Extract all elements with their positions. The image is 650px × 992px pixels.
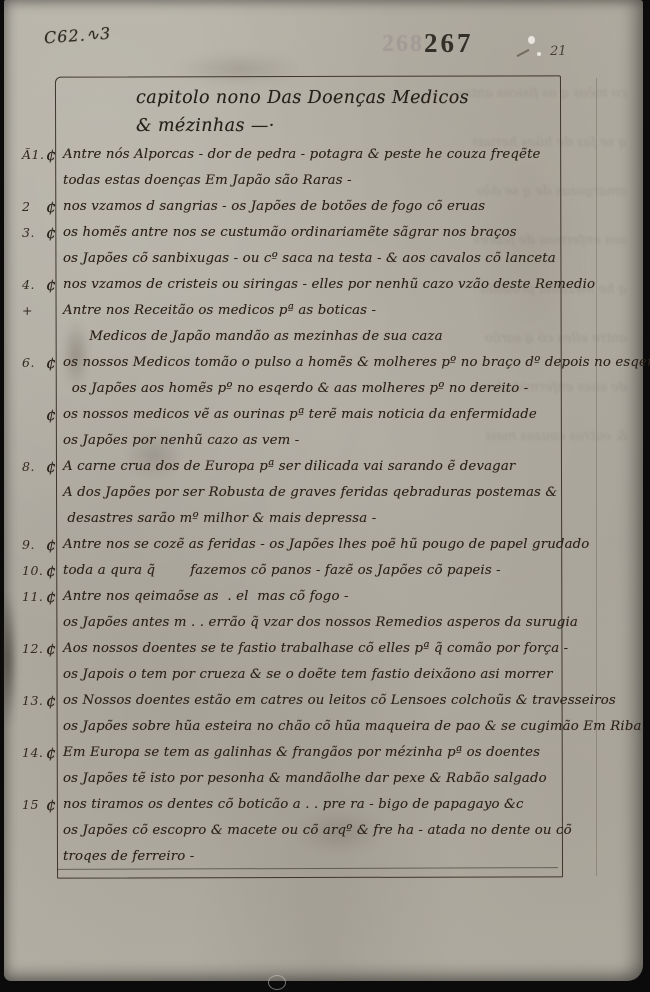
stain <box>174 52 304 86</box>
paragraph-mark-icon: ¢ <box>46 740 63 765</box>
paragraph-mark-icon: ¢ <box>46 532 63 557</box>
paper-speck <box>528 36 535 44</box>
entry: 3.¢os homẽs antre nos se custumão ordina… <box>8 220 629 272</box>
paragraph-mark-icon: ¢ <box>46 194 63 219</box>
manuscript-line: os Japois o tem por crueza & se o doẽte … <box>63 662 629 688</box>
scanned-manuscript-page: co mẽos q os fisicos antreq se faz de hũ… <box>0 0 650 992</box>
pen-stroke <box>516 49 529 57</box>
manuscript-line: troqes de ferreiro - <box>63 844 629 870</box>
catalog-shelfmark: C62.∿3 <box>43 24 111 48</box>
entry-number: 13. <box>8 688 46 714</box>
page-number: 267 <box>424 28 474 59</box>
entry-number: 11. <box>8 584 46 610</box>
chapter-title-line1: capitolo nono Das Doenças Medicos <box>136 84 469 112</box>
paragraph-mark-icon: ¢ <box>46 792 63 817</box>
entries: Ã1.¢Antre nós Alporcas - dor de pedra - … <box>8 142 629 870</box>
manuscript-line: Antre nós Alporcas - dor de pedra - pota… <box>63 142 629 168</box>
manuscript-line: Antre nos se cozẽ as feridas - os Japões… <box>63 532 629 558</box>
manuscript-line: Antre nos Receitão os medicos pª as boti… <box>63 298 629 324</box>
entry: 2¢nos vzamos d sangrias - os Japões de b… <box>8 194 629 220</box>
manuscript-line: os Japões sobre hũa esteira no chão cõ h… <box>63 714 629 740</box>
paragraph-mark-icon: ¢ <box>46 584 63 609</box>
manuscript-line: toda a qura q̃ fazemos cõ panos - fazẽ o… <box>63 558 629 584</box>
entry-number: 3. <box>8 220 46 246</box>
manuscript-line: os Japões por nenhũ cazo as vem - <box>63 428 629 454</box>
entry: 9.¢Antre nos se cozẽ as feridas - os Jap… <box>8 532 629 558</box>
folio-note: 21 <box>550 44 567 59</box>
entry-number: 2 <box>8 194 46 220</box>
entry: 14.¢Em Europa se tem as galinhas & frang… <box>8 740 629 792</box>
ghost-page-number: 268 <box>382 31 424 58</box>
manuscript-line: Em Europa se tem as galinhas & frangãos … <box>63 740 629 766</box>
manuscript-line: nos tiramos os dentes cõ boticão a . . p… <box>63 792 629 818</box>
paragraph-mark-icon: ¢ <box>46 142 63 167</box>
manuscript-line: A dos Japões por ser Robusta de graves f… <box>63 480 629 506</box>
entry: 6.¢os nossos Medicos tomão o pulso a hom… <box>8 350 629 402</box>
entry: 4.¢nos vzamos de cristeis ou siringas - … <box>8 272 629 298</box>
entry-number: 14. <box>8 740 46 766</box>
entry-number: 6. <box>8 350 46 376</box>
paper-speck <box>537 52 541 56</box>
manuscript-line: os Japões aos homẽs pº no esqerdo & aas … <box>63 376 629 402</box>
manuscript-line: todas estas doenças Em Japão são Raras - <box>63 168 629 194</box>
scanner-ring-mark <box>268 975 286 990</box>
paragraph-mark-icon: ¢ <box>46 350 63 375</box>
manuscript-line: Aos nossos doentes se te fastio trabalha… <box>63 636 629 662</box>
entry: 15¢nos tiramos os dentes cõ boticão a . … <box>8 792 629 870</box>
manuscript-line: Medicos de Japão mandão as mezinhas de s… <box>63 324 629 350</box>
manuscript-line: os Japões cõ sanbixugas - ou cº saca na … <box>63 246 629 272</box>
manuscript-line: os Nossos doentes estão em catres ou lei… <box>63 688 629 714</box>
entry: 8.¢A carne crua dos de Europa pª ser dil… <box>8 454 629 532</box>
entry-number: 9. <box>8 532 46 558</box>
entry-number: Ã1. <box>8 142 46 168</box>
entry: +Antre nos Receitão os medicos pª as bot… <box>8 298 629 350</box>
entry: 10.¢toda a qura q̃ fazemos cõ panos - fa… <box>8 558 629 584</box>
entry: 13.¢os Nossos doentes estão em catres ou… <box>8 688 629 740</box>
manuscript-line: os nossos medicos vẽ as ourinas pª terẽ … <box>63 402 629 428</box>
entry-number: 10. <box>8 558 46 584</box>
manuscript-line: os Japões tẽ isto por pesonha & mandãolh… <box>63 766 629 792</box>
entry-number: 12. <box>8 636 46 662</box>
paragraph-mark-icon: ¢ <box>46 272 63 297</box>
entry: Ã1.¢Antre nós Alporcas - dor de pedra - … <box>8 142 629 194</box>
manuscript-line: nos vzamos d sangrias - os Japões de bot… <box>63 194 629 220</box>
entry-number: 8. <box>8 454 46 480</box>
paragraph-mark-icon: ¢ <box>46 402 63 427</box>
manuscript-line: os Japões antes m . . errão q̃ vzar dos … <box>63 610 629 636</box>
entry-number: 15 <box>8 792 46 818</box>
manuscript-line: Antre nos qeimaõse as . el mas cõ fogo - <box>63 584 629 610</box>
paragraph-mark-icon: ¢ <box>46 454 63 479</box>
chapter-title-line2: & mézinhas —· <box>136 112 469 140</box>
manuscript-line: A carne crua dos de Europa pª ser dilica… <box>63 454 629 480</box>
chapter-title: capitolo nono Das Doenças Medicos & mézi… <box>136 84 469 140</box>
manuscript-paper: co mẽos q os fisicos antreq se faz de hũ… <box>4 0 643 981</box>
paragraph-mark-icon: ¢ <box>46 688 63 713</box>
entry: 12.¢Aos nossos doentes se te fastio trab… <box>8 636 629 688</box>
paragraph-mark-icon: ¢ <box>46 220 63 245</box>
manuscript-line: desastres sarão mº milhor & mais depress… <box>63 506 629 532</box>
manuscript-line: os nossos Medicos tomão o pulso a homẽs … <box>63 350 629 376</box>
entry: ¢os nossos medicos vẽ as ourinas pª terẽ… <box>8 402 629 454</box>
entry-number: 4. <box>8 272 46 298</box>
entry: 11.¢Antre nos qeimaõse as . el mas cõ fo… <box>8 584 629 636</box>
entry-number: + <box>8 298 46 324</box>
manuscript-line: nos vzamos de cristeis ou siringas - ell… <box>63 272 629 298</box>
paragraph-mark-icon: ¢ <box>46 636 63 661</box>
manuscript-line: os homẽs antre nos se custumão ordinaria… <box>63 220 629 246</box>
paragraph-mark-icon: ¢ <box>46 558 63 583</box>
manuscript-line: os Japões cõ escopro & macete ou cõ arqº… <box>63 818 629 844</box>
